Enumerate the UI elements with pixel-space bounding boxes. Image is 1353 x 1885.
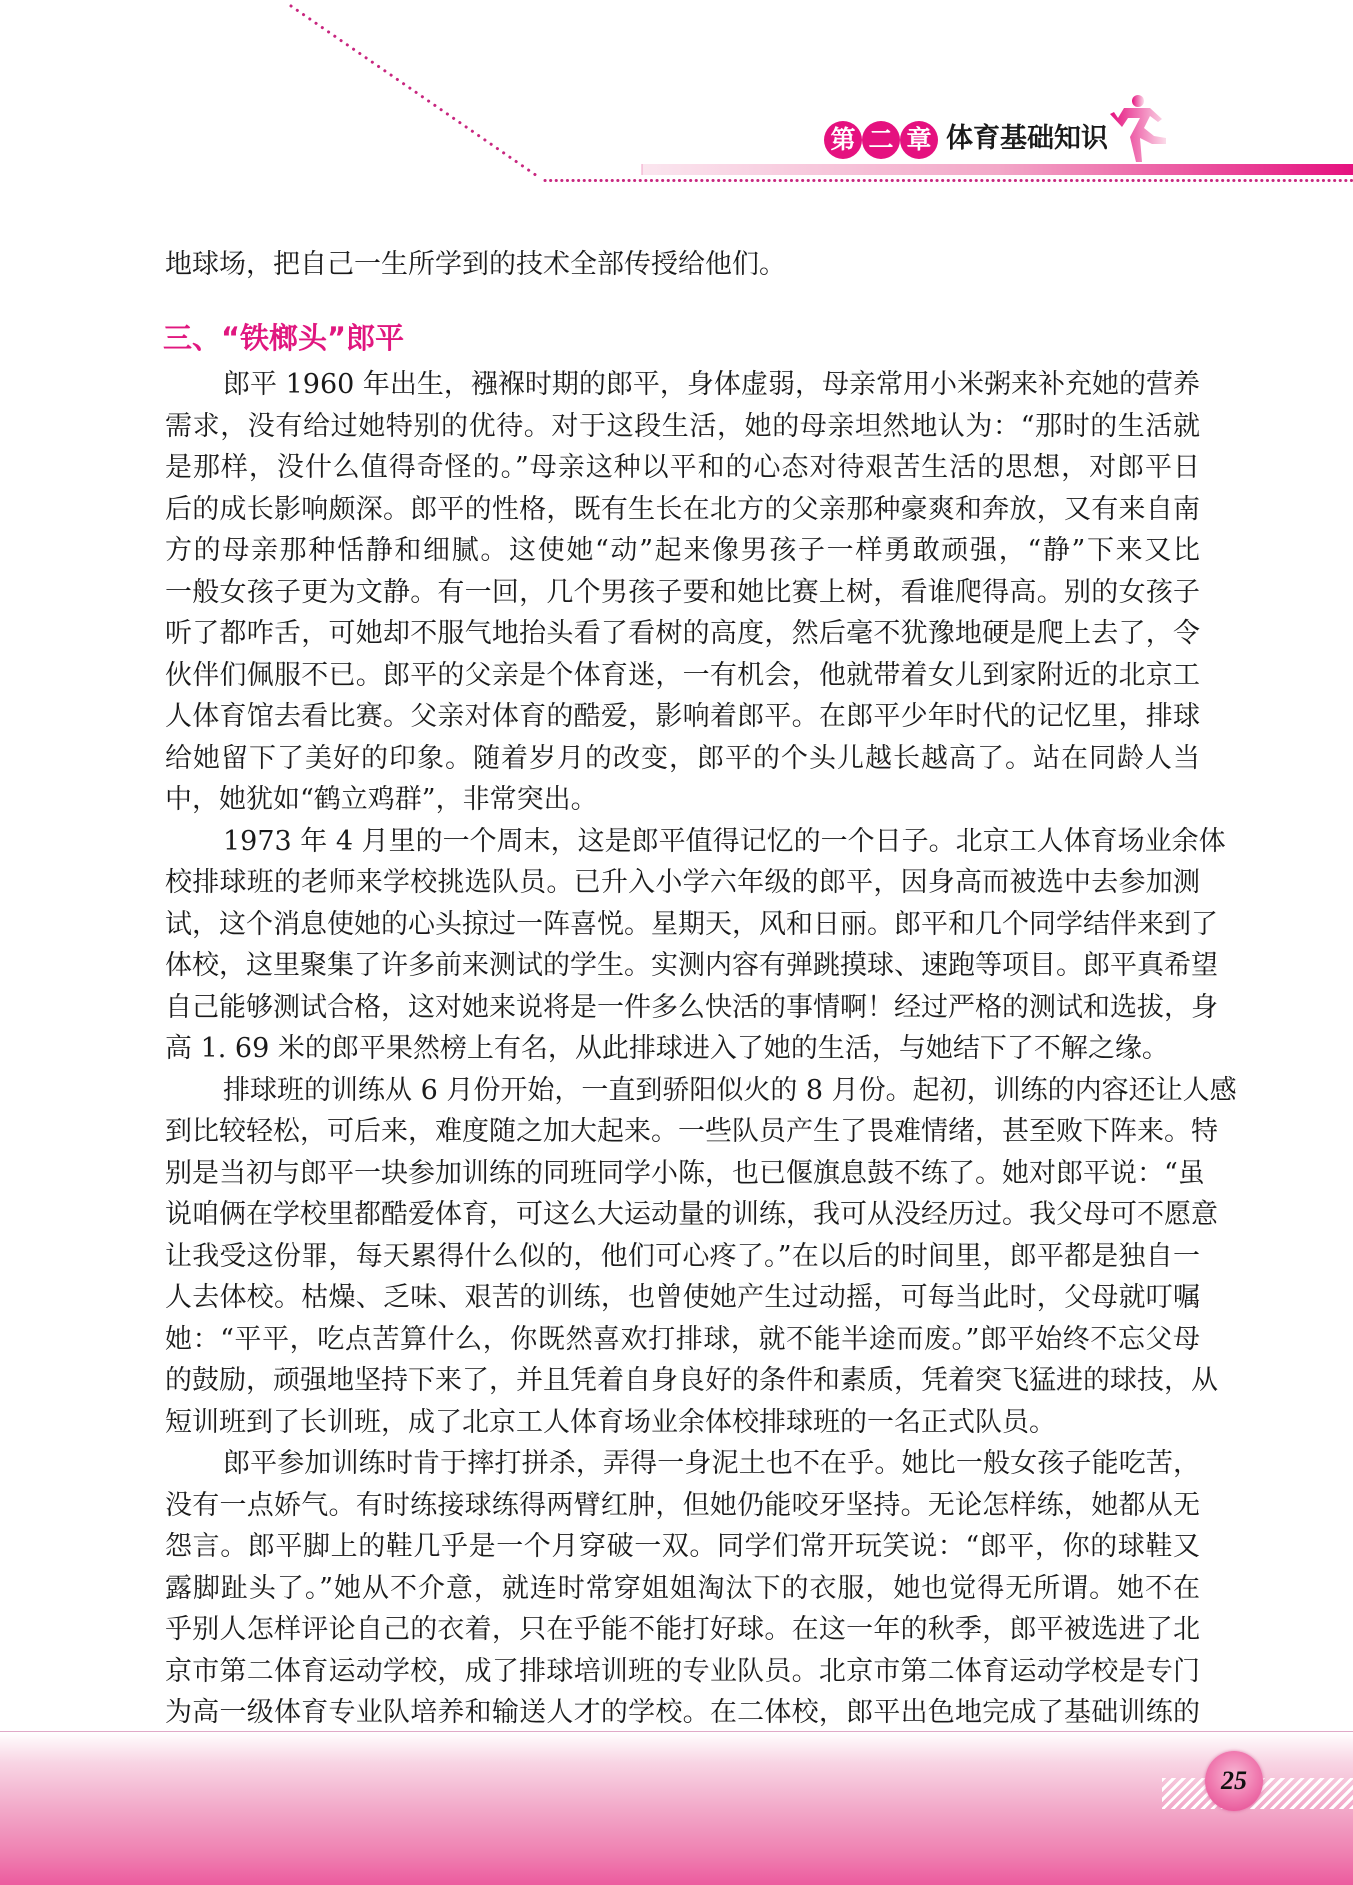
text-line: 她：“平平，吃点苦算什么，你既然喜欢打排球，就不能半途而废。”郎平始终不忘父母	[165, 1322, 1200, 1358]
text-line: 郎平 1960 年出生，襁褓时期的郎平，身体虚弱，母亲常用小米粥来补充她的营养	[223, 367, 1200, 403]
text-line: 体校，这里聚集了许多前来测试的学生。实测内容有弹跳摸球、速跑等项目。郎平真希望	[165, 948, 1200, 984]
text-line: 人去体校。枯燥、乏味、艰苦的训练，也曾使她产生过动摇，可每当此时，父母就叮嘱	[165, 1280, 1200, 1316]
continuation-line: 地球场，把自己一生所学到的技术全部传授给他们。	[165, 247, 1200, 283]
text-line: 听了都咋舌，可她却不服气地抬头看了看树的高度，然后毫不犹豫地硬是爬上去了，令	[165, 616, 1200, 652]
text-line: 高 1. 69 米的郎平果然榜上有名，从此排球进入了她的生活，与她结下了不解之缘…	[165, 1031, 1200, 1067]
chapter-badge-1: 第	[824, 121, 862, 159]
page-number: 25	[1205, 1751, 1263, 1811]
chapter-title: 体育基础知识	[946, 119, 1108, 159]
text-line: 郎平参加训练时肯于摔打拼杀，弄得一身泥土也不在乎。她比一般女孩子能吃苦，	[223, 1446, 1200, 1482]
text-line: 说咱俩在学校里都酷爱体育，可这么大运动量的训练，我可从没经历过。我父母可不愿意	[165, 1197, 1200, 1233]
chapter-badge-3: 章	[900, 121, 938, 159]
text-line: 自己能够测试合格，这对她来说将是一件多么快活的事情啊！经过严格的测试和选拔，身	[165, 990, 1200, 1026]
text-line: 一般女孩子更为文静。有一回，几个男孩子要和她比赛上树，看谁爬得高。别的女孩子	[165, 575, 1200, 611]
text-line: 到比较轻松，可后来，难度随之加大起来。一些队员产生了畏难情绪，甚至败下阵来。特	[165, 1114, 1200, 1150]
text-line: 京市第二体育运动学校，成了排球培训班的专业队员。北京市第二体育运动学校是专门	[165, 1654, 1200, 1690]
text-line: 为高一级体育专业队培养和输送人才的学校。在二体校，郎平出色地完成了基础训练的	[165, 1695, 1200, 1731]
text-line: 没有一点娇气。有时练接球练得两臂红肿，但她仍能咬牙坚持。无论怎样练，她都从无	[165, 1488, 1200, 1524]
text-line: 让我受这份罪，每天累得什么似的，他们可心疼了。”在以后的时间里，郎平都是独自一	[165, 1239, 1200, 1275]
footer-band	[0, 1731, 1353, 1885]
text-line: 后的成长影响颇深。郎平的性格，既有生长在北方的父亲那种豪爽和奔放，又有来自南	[165, 492, 1200, 528]
header-gradient-bar	[642, 164, 1353, 175]
section-heading: 三、“铁榔头”郎平	[163, 318, 404, 358]
text-line: 1973 年 4 月里的一个周末，这是郎平值得记忆的一个日子。北京工人体育场业余…	[223, 824, 1200, 860]
text-line: 的鼓励，顽强地坚持下来了，并且凭着自身良好的条件和素质，凭着突飞猛进的球技，从	[165, 1363, 1200, 1399]
running-person-icon	[1100, 92, 1175, 167]
text-line: 伙伴们佩服不已。郎平的父亲是个体育迷，一有机会，他就带着女儿到家附近的北京工	[165, 658, 1200, 694]
text-line: 给她留下了美好的印象。随着岁月的改变，郎平的个头儿越长越高了。站在同龄人当	[165, 741, 1200, 777]
text-line: 乎别人怎样评论自己的衣着，只在乎能不能打好球。在这一年的秋季，郎平被选进了北	[165, 1612, 1200, 1648]
text-line: 短训班到了长训班，成了北京工人体育场业余体校排球班的一名正式队员。	[165, 1405, 1200, 1441]
chapter-badge-2: 二	[862, 121, 900, 159]
text-line: 别是当初与郎平一块参加训练的同班同学小陈，也已偃旗息鼓不练了。她对郎平说：“虽	[165, 1156, 1200, 1192]
text-line: 方的母亲那种恬静和细腻。这使她“动”起来像男孩子一样勇敢顽强，“静”下来又比	[165, 533, 1200, 569]
text-line: 人体育馆去看比赛。父亲对体育的酷爱，影响着郎平。在郎平少年时代的记忆里，排球	[165, 699, 1200, 735]
text-line: 是那样，没什么值得奇怪的。”母亲这种以平和的心态对待艰苦生活的思想，对郎平日	[165, 450, 1200, 486]
text-line: 怨言。郎平脚上的鞋几乎是一个月穿破一双。同学们常开玩笑说：“郎平，你的球鞋又	[165, 1529, 1200, 1565]
text-line: 排球班的训练从 6 月份开始，一直到骄阳似火的 8 月份。起初，训练的内容还让人…	[223, 1073, 1200, 1109]
text-line: 中，她犹如“鹤立鸡群”，非常突出。	[165, 782, 1200, 818]
text-line: 校排球班的老师来学校挑选队员。已升入小学六年级的郎平，因身高而被选中去参加测	[165, 865, 1200, 901]
text-line: 露脚趾头了。”她从不介意，就连时常穿姐姐淘汰下的衣服，她也觉得无所谓。她不在	[165, 1571, 1200, 1607]
dotted-diagonal-line	[291, 6, 540, 178]
text-line: 需求，没有给过她特别的优待。对于这段生活，她的母亲坦然地认为：“那时的生活就	[165, 409, 1200, 445]
text-line: 试，这个消息使她的心头掠过一阵喜悦。星期天，风和日丽。郎平和几个同学结伴来到了	[165, 907, 1200, 943]
